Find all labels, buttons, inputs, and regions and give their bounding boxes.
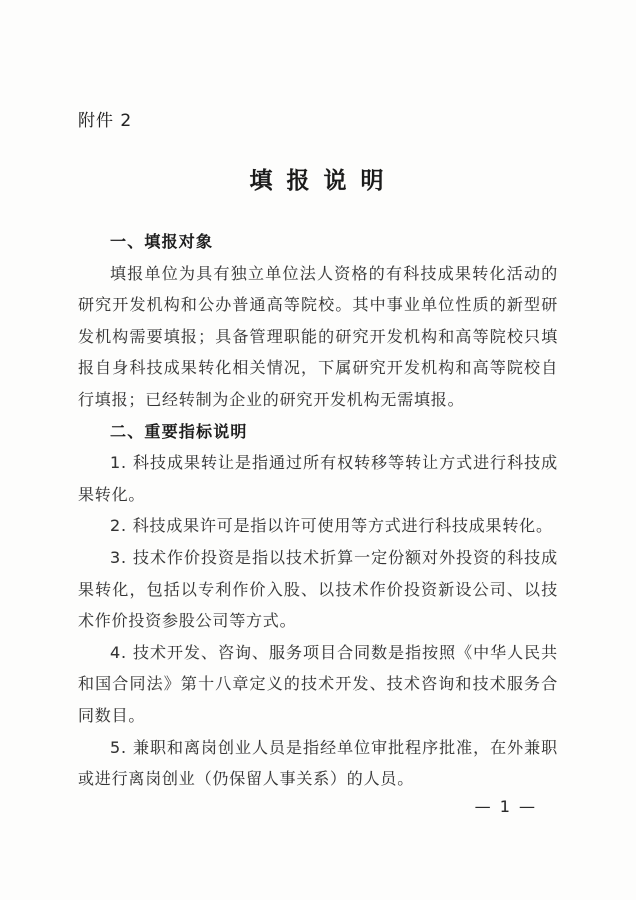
page-title: 填 报 说 明 (0, 162, 636, 195)
paragraph: 5. 兼职和离岗创业人员是指经单位审批程序批准，在外兼职或进行离岗创业（仍保留人… (78, 732, 558, 795)
document-page: 附件 2 填 报 说 明 一、填报对象 填报单位为具有独立单位法人资格的有科技成… (0, 0, 636, 900)
paragraph: 1. 科技成果转让是指通过所有权转移等转让方式进行科技成果转化。 (78, 447, 558, 510)
attachment-label: 附件 2 (78, 106, 132, 131)
paragraph: 填报单位为具有独立单位法人资格的有科技成果转化活动的研究开发机构和公办普通高等院… (78, 258, 558, 416)
paragraph: 4. 技术开发、咨询、服务项目合同数是指按照《中华人民共和国合同法》第十八章定义… (78, 637, 558, 732)
section-heading-2: 二、重要指标说明 (78, 416, 558, 448)
paragraph: 2. 科技成果许可是指以许可使用等方式进行科技成果转化。 (78, 510, 558, 542)
page-number: — 1 — (475, 797, 537, 816)
document-body: 一、填报对象 填报单位为具有独立单位法人资格的有科技成果转化活动的研究开发机构和… (78, 226, 558, 795)
paragraph: 3. 技术作价投资是指以技术折算一定份额对外投资的科技成果转化，包括以专利作价入… (78, 542, 558, 637)
section-heading-1: 一、填报对象 (78, 226, 558, 258)
